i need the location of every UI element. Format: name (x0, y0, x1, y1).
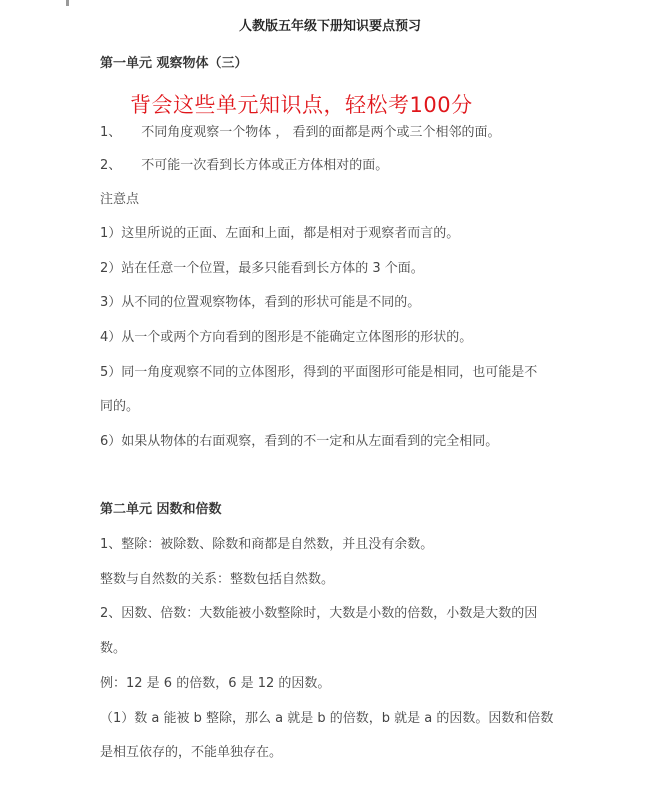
note-2: 2）站在任意一个位置，最多只能看到长方体的 3 个面。 (100, 257, 424, 276)
unit2-line-5: 例：12 是 6 的倍数，6 是 12 的因数。 (100, 672, 330, 691)
point-number: 1、 (100, 121, 121, 140)
note-5-cont: 同的。 (100, 395, 139, 414)
note-1: 1）这里所说的正面、左面和上面，都是相对于观察者而言的。 (100, 222, 459, 241)
note-5: 5）同一角度观察不同的立体图形，得到的平面图形可能是相同，也可能是不 (100, 361, 537, 380)
unit2-line-6: （1）数 a 能被 b 整除，那么 a 就是 b 的倍数，b 就是 a 的因数。… (100, 707, 553, 726)
unit1-point-2: 2、不可能一次看到长方体或正方体相对的面。 (100, 154, 388, 173)
unit2-line-7: 是相互依存的，不能单独存在。 (100, 741, 282, 760)
unit2-line-3: 2、因数、倍数：大数能被小数整除时，大数是小数的倍数，小数是大数的因 (100, 602, 537, 621)
unit1-heading: 第一单元 观察物体（三） (100, 52, 248, 71)
document-title: 人教版五年级下册知识要点预习 (0, 15, 660, 34)
point-number: 2、 (100, 154, 121, 173)
unit2-line-4: 数。 (100, 637, 126, 656)
unit2-heading: 第二单元 因数和倍数 (100, 498, 222, 517)
unit2-line-2: 整数与自然数的关系：整数包括自然数。 (100, 568, 334, 587)
point-text: 不可能一次看到长方体或正方体相对的面。 (141, 158, 388, 173)
note-4: 4）从一个或两个方向看到的图形是不能确定立体图形的形状的。 (100, 326, 472, 345)
note-3: 3）从不同的位置观察物体，看到的形状可能是不同的。 (100, 291, 420, 310)
unit2-line-1: 1、整除：被除数、除数和商都是自然数，并且没有余数。 (100, 533, 433, 552)
promo-banner: 背会这些单元知识点，轻松考100分 (130, 89, 473, 119)
notes-label: 注意点 (100, 188, 139, 207)
corner-mark (66, 0, 69, 6)
note-6: 6）如果从物体的右面观察，看到的不一定和从左面看到的完全相同。 (100, 430, 498, 449)
unit1-point-1: 1、不同角度观察一个物体 ， 看到的面都是两个或三个相邻的面。 (100, 121, 501, 140)
point-text: 不同角度观察一个物体 ， 看到的面都是两个或三个相邻的面。 (141, 125, 500, 140)
